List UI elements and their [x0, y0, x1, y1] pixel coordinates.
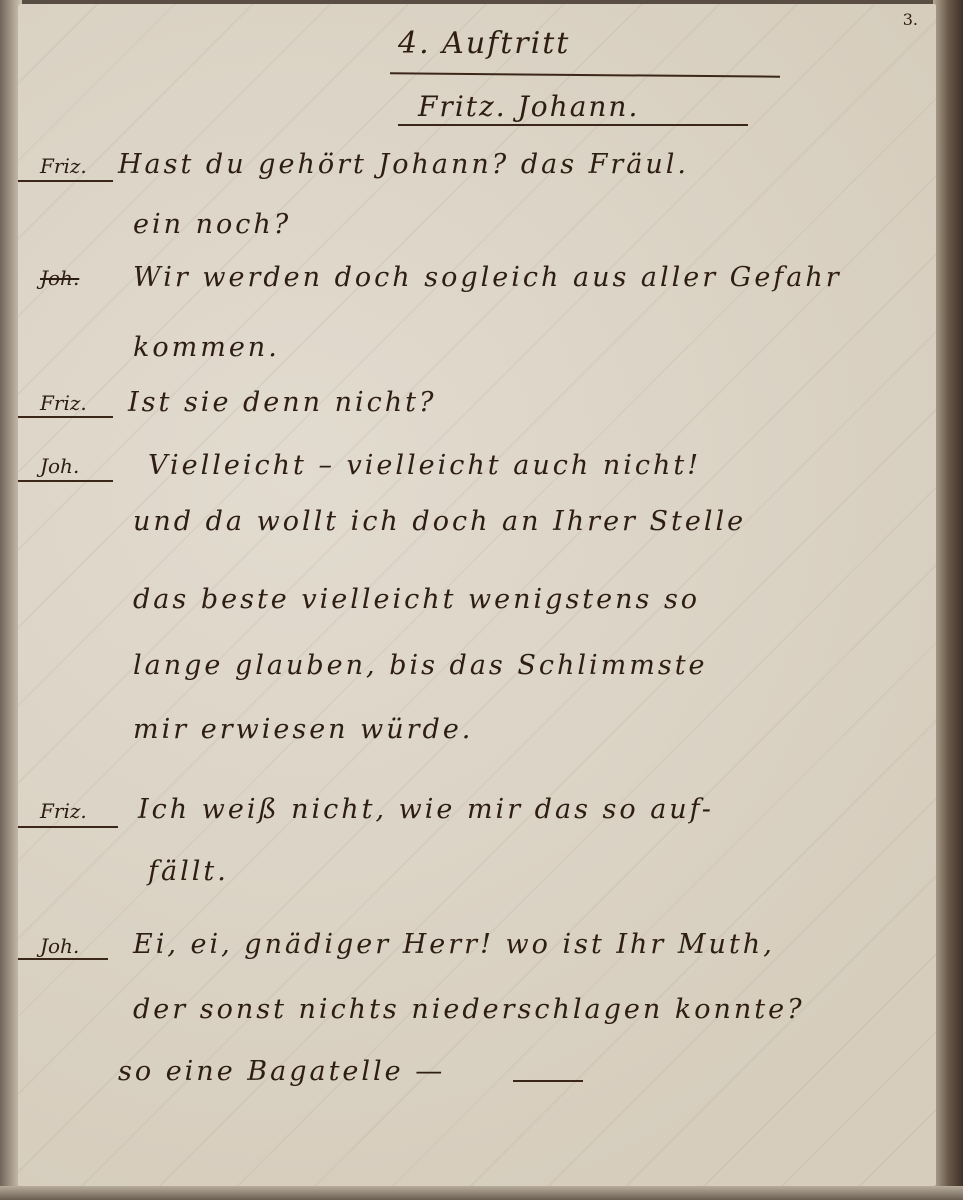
- speaker-label: Joh.: [40, 934, 79, 958]
- page-number: 3.: [903, 10, 918, 29]
- manuscript-page: 3. 4. Auftritt Fritz. Johann. Friz. Hast…: [18, 4, 936, 1186]
- book-binding-right: [933, 0, 963, 1200]
- closing-dash: [513, 1080, 583, 1082]
- speaker-label: Friz.: [40, 391, 87, 415]
- speaker-label: Joh.: [40, 266, 79, 290]
- book-binding-bottom: [0, 1186, 963, 1200]
- dialogue-line: und da wollt ich doch an Ihrer Stelle: [133, 506, 746, 537]
- dialogue-line: fällt.: [148, 856, 229, 887]
- scene-cast: Fritz. Johann.: [418, 90, 639, 123]
- dialogue-line: ein noch?: [133, 209, 291, 240]
- dialogue-line: lange glauben, bis das Schlimmste: [133, 650, 708, 681]
- cast-underline: [398, 124, 748, 126]
- speaker-rule: [18, 958, 108, 960]
- speaker-label: Friz.: [40, 154, 87, 178]
- dialogue-line: Ei, ei, gnädiger Herr! wo ist Ihr Muth,: [133, 929, 775, 960]
- speaker-rule: [18, 826, 118, 828]
- speaker-rule: [18, 416, 113, 418]
- dialogue-line: mir erwiesen würde.: [133, 714, 473, 745]
- speaker-rule: [18, 480, 113, 482]
- dialogue-line: der sonst nichts niederschlagen konnte?: [133, 994, 805, 1025]
- dialogue-line: Hast du gehört Johann? das Fräul.: [118, 149, 689, 180]
- dialogue-line: Vielleicht – vielleicht auch nicht!: [148, 450, 701, 481]
- scene-title: 4. Auftritt: [398, 26, 570, 61]
- dialogue-line: kommen.: [133, 332, 280, 363]
- dialogue-line: das beste vielleicht wenigstens so: [133, 584, 700, 615]
- speaker-label: Friz.: [40, 799, 87, 823]
- speaker-rule: [18, 180, 113, 182]
- dialogue-line: so eine Bagatelle —: [118, 1056, 445, 1087]
- dialogue-line: Ich weiß nicht, wie mir das so auf-: [138, 794, 714, 825]
- dialogue-line: Ist sie denn nicht?: [128, 387, 437, 418]
- speaker-label: Joh.: [40, 454, 79, 478]
- dialogue-line: Wir werden doch sogleich aus aller Gefah…: [133, 262, 842, 293]
- title-underline: [390, 72, 780, 77]
